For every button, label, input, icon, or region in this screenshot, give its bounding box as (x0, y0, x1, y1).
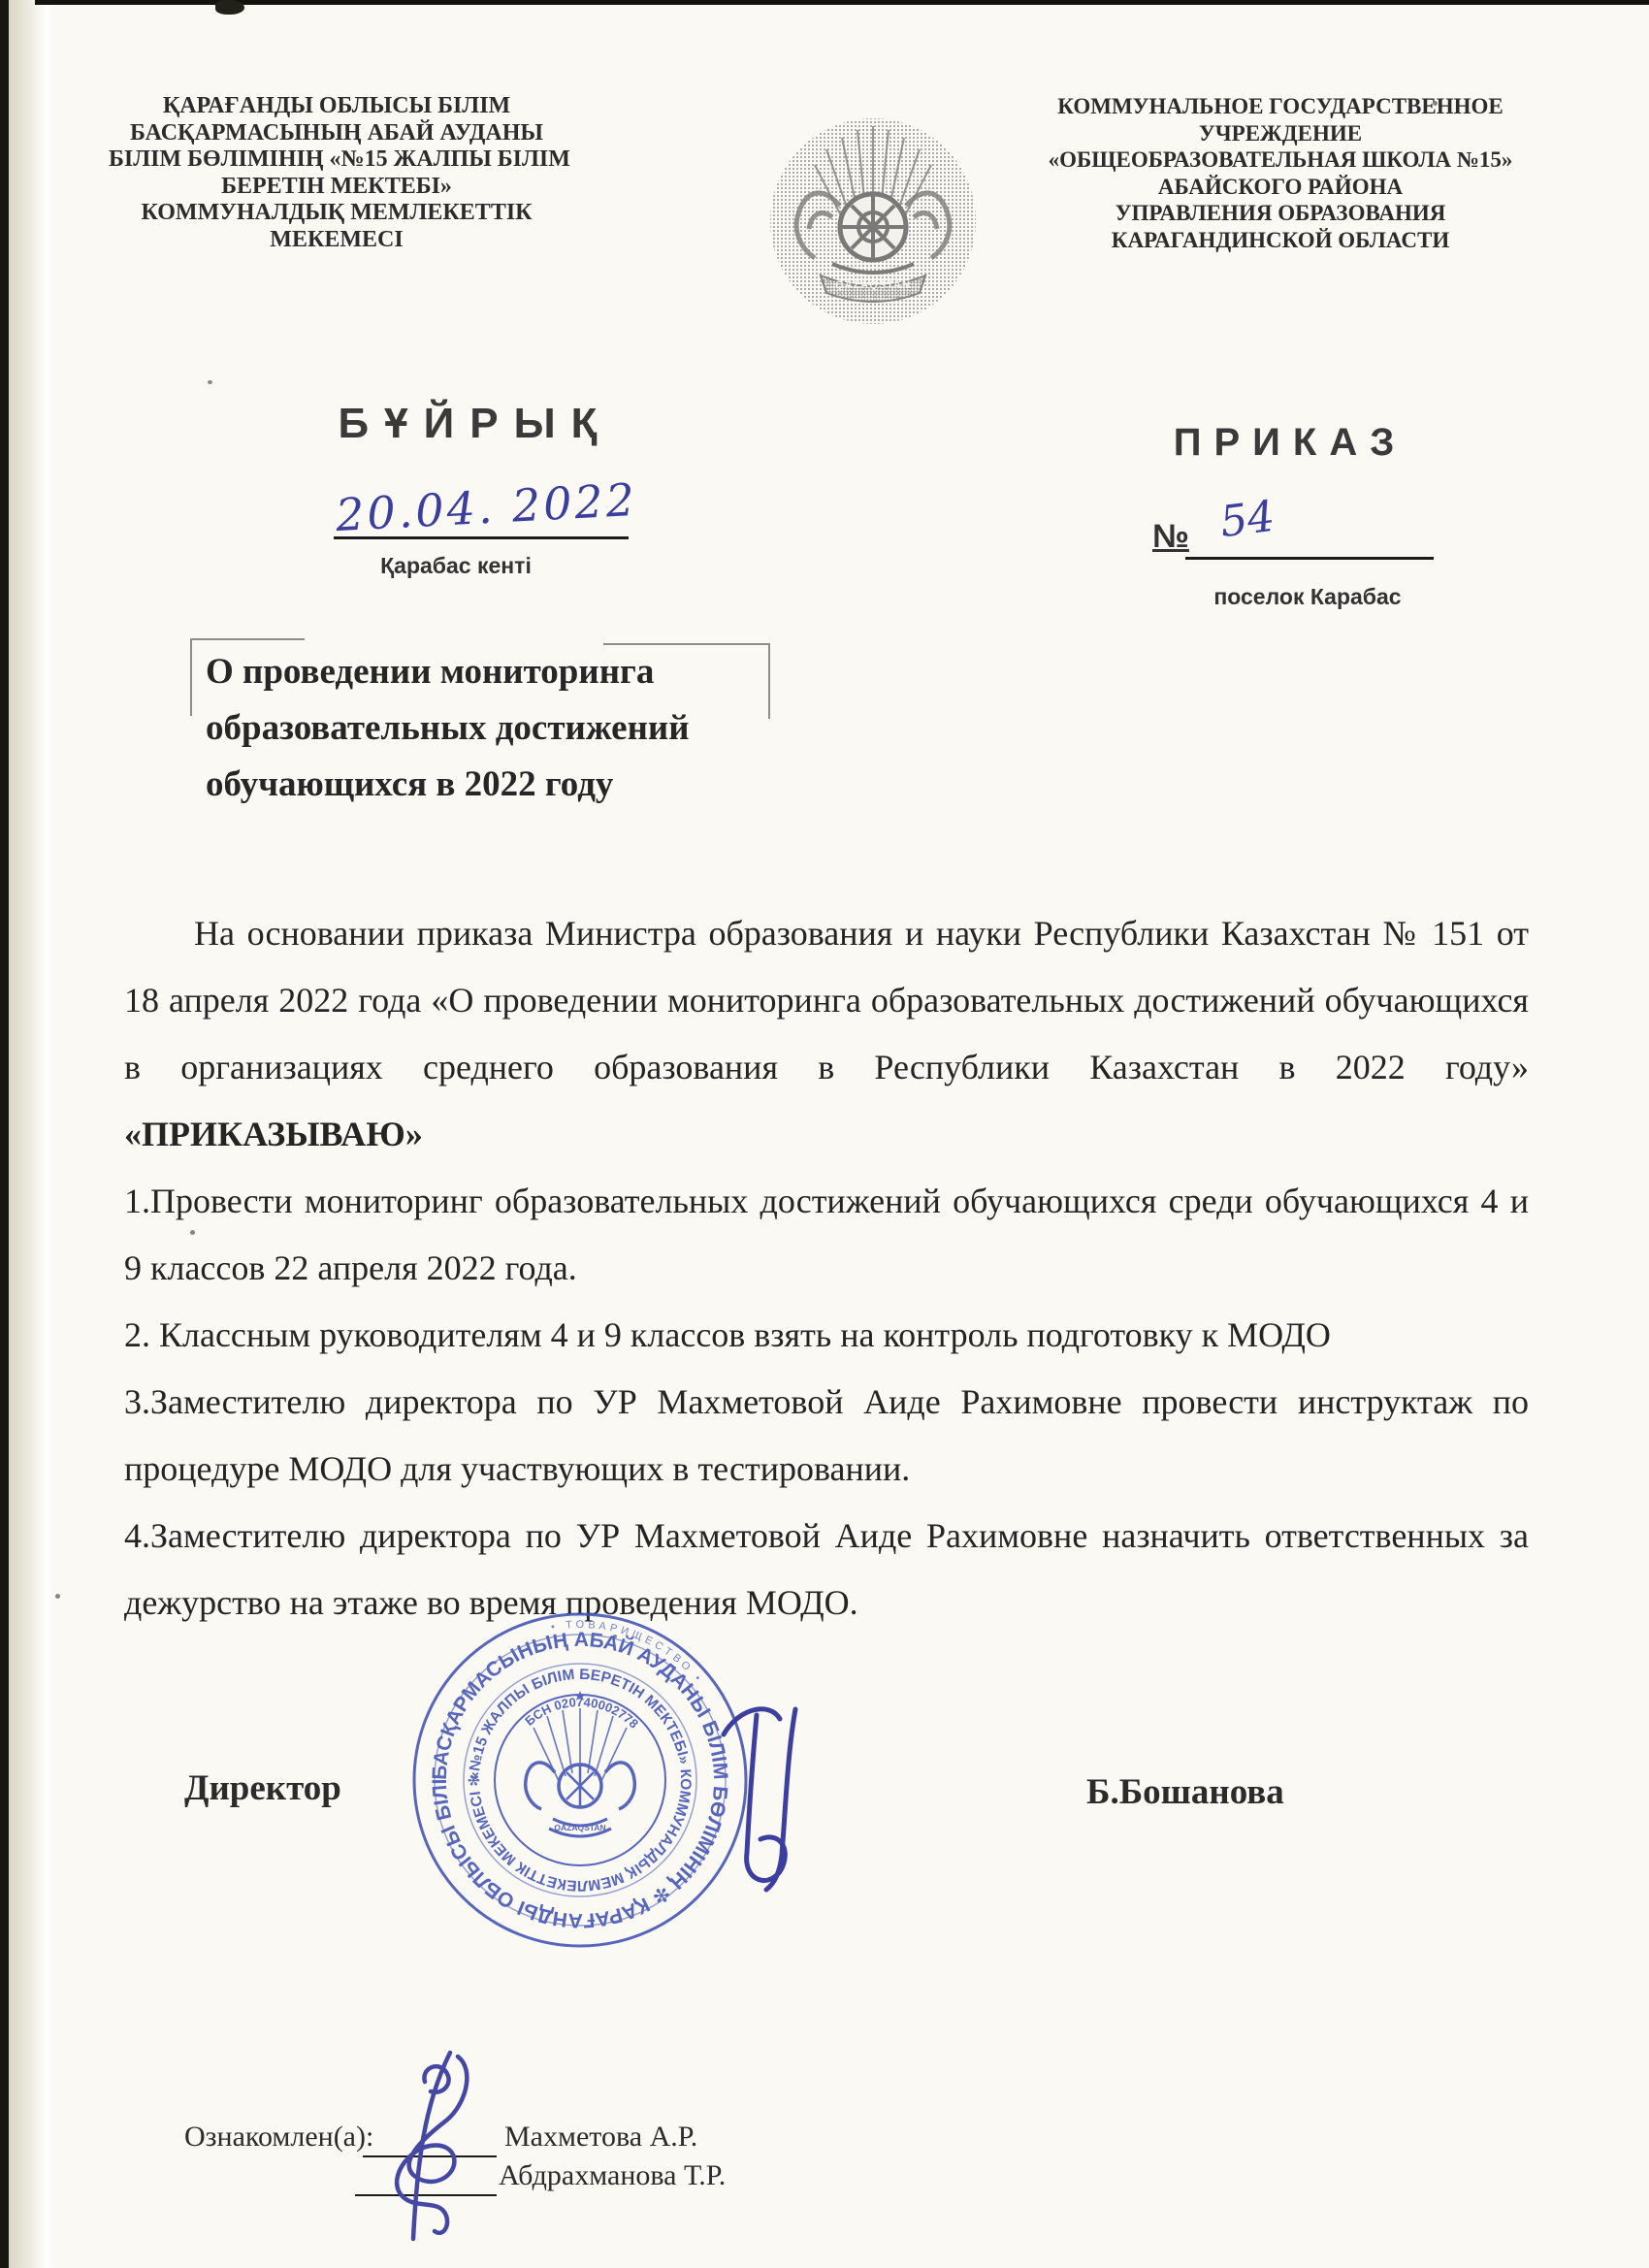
handwritten-order-number: 54 (1217, 492, 1277, 547)
subject-box-line (768, 643, 770, 719)
number-sign: № (1152, 518, 1189, 556)
place-kazakh: Қарабас кенті (330, 553, 582, 579)
acknowledged-name: Махметова А.Р. (504, 2121, 697, 2154)
letterhead-line: АБАЙСКОГО РАЙОНА (1015, 174, 1546, 201)
letterhead-line: ҚАРАҒАНДЫ ОБЛЫСЫ БІЛІМ (109, 93, 565, 120)
number-underline (1185, 557, 1434, 560)
scan-speck (208, 380, 212, 384)
date-underline (334, 536, 629, 539)
scan-page-edge-shadow (9, 0, 53, 2268)
letterhead-line: УПРАВЛЕНИЯ ОБРАЗОВАНИЯ (1015, 200, 1546, 227)
order-item: 4.Заместителю директора по УР Махметовой… (124, 1503, 1529, 1636)
intro-paragraph: На основании приказа Министра образовани… (124, 900, 1529, 1168)
order-item: 2. Классным руководителям 4 и 9 классов … (124, 1302, 1529, 1369)
stamp-center-label: QAZAQSTAN (554, 1823, 605, 1832)
intro-text: На основании приказа Министра образовани… (124, 914, 1529, 1086)
acknowledgement-signature (357, 2045, 512, 2258)
subject-box-line (190, 638, 192, 716)
scan-smudge (215, 0, 244, 15)
scanned-order-document: ҚАРАҒАНДЫ ОБЛЫСЫ БІЛІМ БАСҚАРМАСЫНЫҢ АБА… (0, 0, 1649, 2268)
subject-line: образовательных достижений (206, 700, 768, 757)
subject-box-line (190, 638, 305, 640)
scan-left-edge (0, 0, 9, 2268)
letterhead-line: КАРАГАНДИНСКОЙ ОБЛАСТИ (1015, 227, 1546, 254)
order-body: На основании приказа Министра образовани… (124, 900, 1529, 1636)
signer-name: Б.Бошанова (1086, 1771, 1284, 1813)
school-round-stamp: • ТОВАРИЩЕСТВО • БАСҚАРМАСЫНЫҢ АБАЙ АУДА… (407, 1607, 753, 1953)
order-subject: О проведении мониторинга образовательных… (206, 644, 768, 813)
handwritten-date: 20.04. 2022 (335, 473, 638, 541)
emblem-banner-label: QAZAQSTAN (835, 279, 911, 291)
scan-speck (55, 1594, 60, 1599)
order-title-kazakh: БҰЙРЫҚ (281, 400, 669, 448)
stamp-bsn-text: БСН 020740002778 (522, 1695, 641, 1732)
director-signature (706, 1690, 832, 1908)
svg-text:БСН 020740002778: БСН 020740002778 (522, 1695, 641, 1732)
scan-top-edge (35, 0, 1649, 5)
letterhead-russian: КОММУНАЛЬНОЕ ГОСУДАРСТВЕННОЕ УЧРЕЖДЕНИЕ … (1015, 93, 1546, 253)
letterhead-line: КОММУНАЛДЫҚ МЕМЛЕКЕТТІК (109, 200, 565, 227)
letterhead-line: УЧРЕЖДЕНИЕ (1015, 120, 1546, 147)
letterhead-line: КОММУНАЛЬНОЕ ГОСУДАРСТВЕННОЕ (1015, 93, 1546, 120)
kazakhstan-coat-of-arms-icon: QAZAQSTAN (764, 113, 982, 330)
order-title-russian: ПРИКАЗ (1115, 421, 1465, 465)
subject-line: обучающихся в 2022 году (206, 757, 768, 813)
letterhead-line: МЕКЕМЕСІ (109, 227, 565, 254)
order-item: 3.Заместителю директора по УР Махметовой… (124, 1369, 1529, 1503)
letterhead-line: БЕРЕТІН МЕКТЕБІ» (109, 174, 565, 201)
letterhead-kazakh: ҚАРАҒАНДЫ ОБЛЫСЫ БІЛІМ БАСҚАРМАСЫНЫҢ АБА… (109, 93, 565, 253)
acknowledged-label: Ознакомлен(а): (184, 2121, 373, 2154)
order-item: 1.Провести мониторинг образовательных до… (124, 1168, 1529, 1302)
letterhead-line: БАСҚАРМАСЫНЫҢ АБАЙ АУДАНЫ (109, 120, 565, 147)
resolution-word: «ПРИКАЗЫВАЮ» (124, 1115, 423, 1153)
acknowledged-name: Абдрахманова Т.Р. (499, 2159, 726, 2192)
letterhead-line: «ОБЩЕОБРАЗОВАТЕЛЬНАЯ ШКОЛА №15» (1015, 146, 1546, 174)
letterhead-line: БІЛІМ БӨЛІМІНІҢ «№15 ЖАЛПЫ БІЛІМ (109, 146, 565, 174)
subject-line: О проведении мониторинга (206, 644, 768, 700)
place-russian: поселок Карабас (1191, 584, 1424, 610)
signer-role: Директор (184, 1767, 341, 1809)
